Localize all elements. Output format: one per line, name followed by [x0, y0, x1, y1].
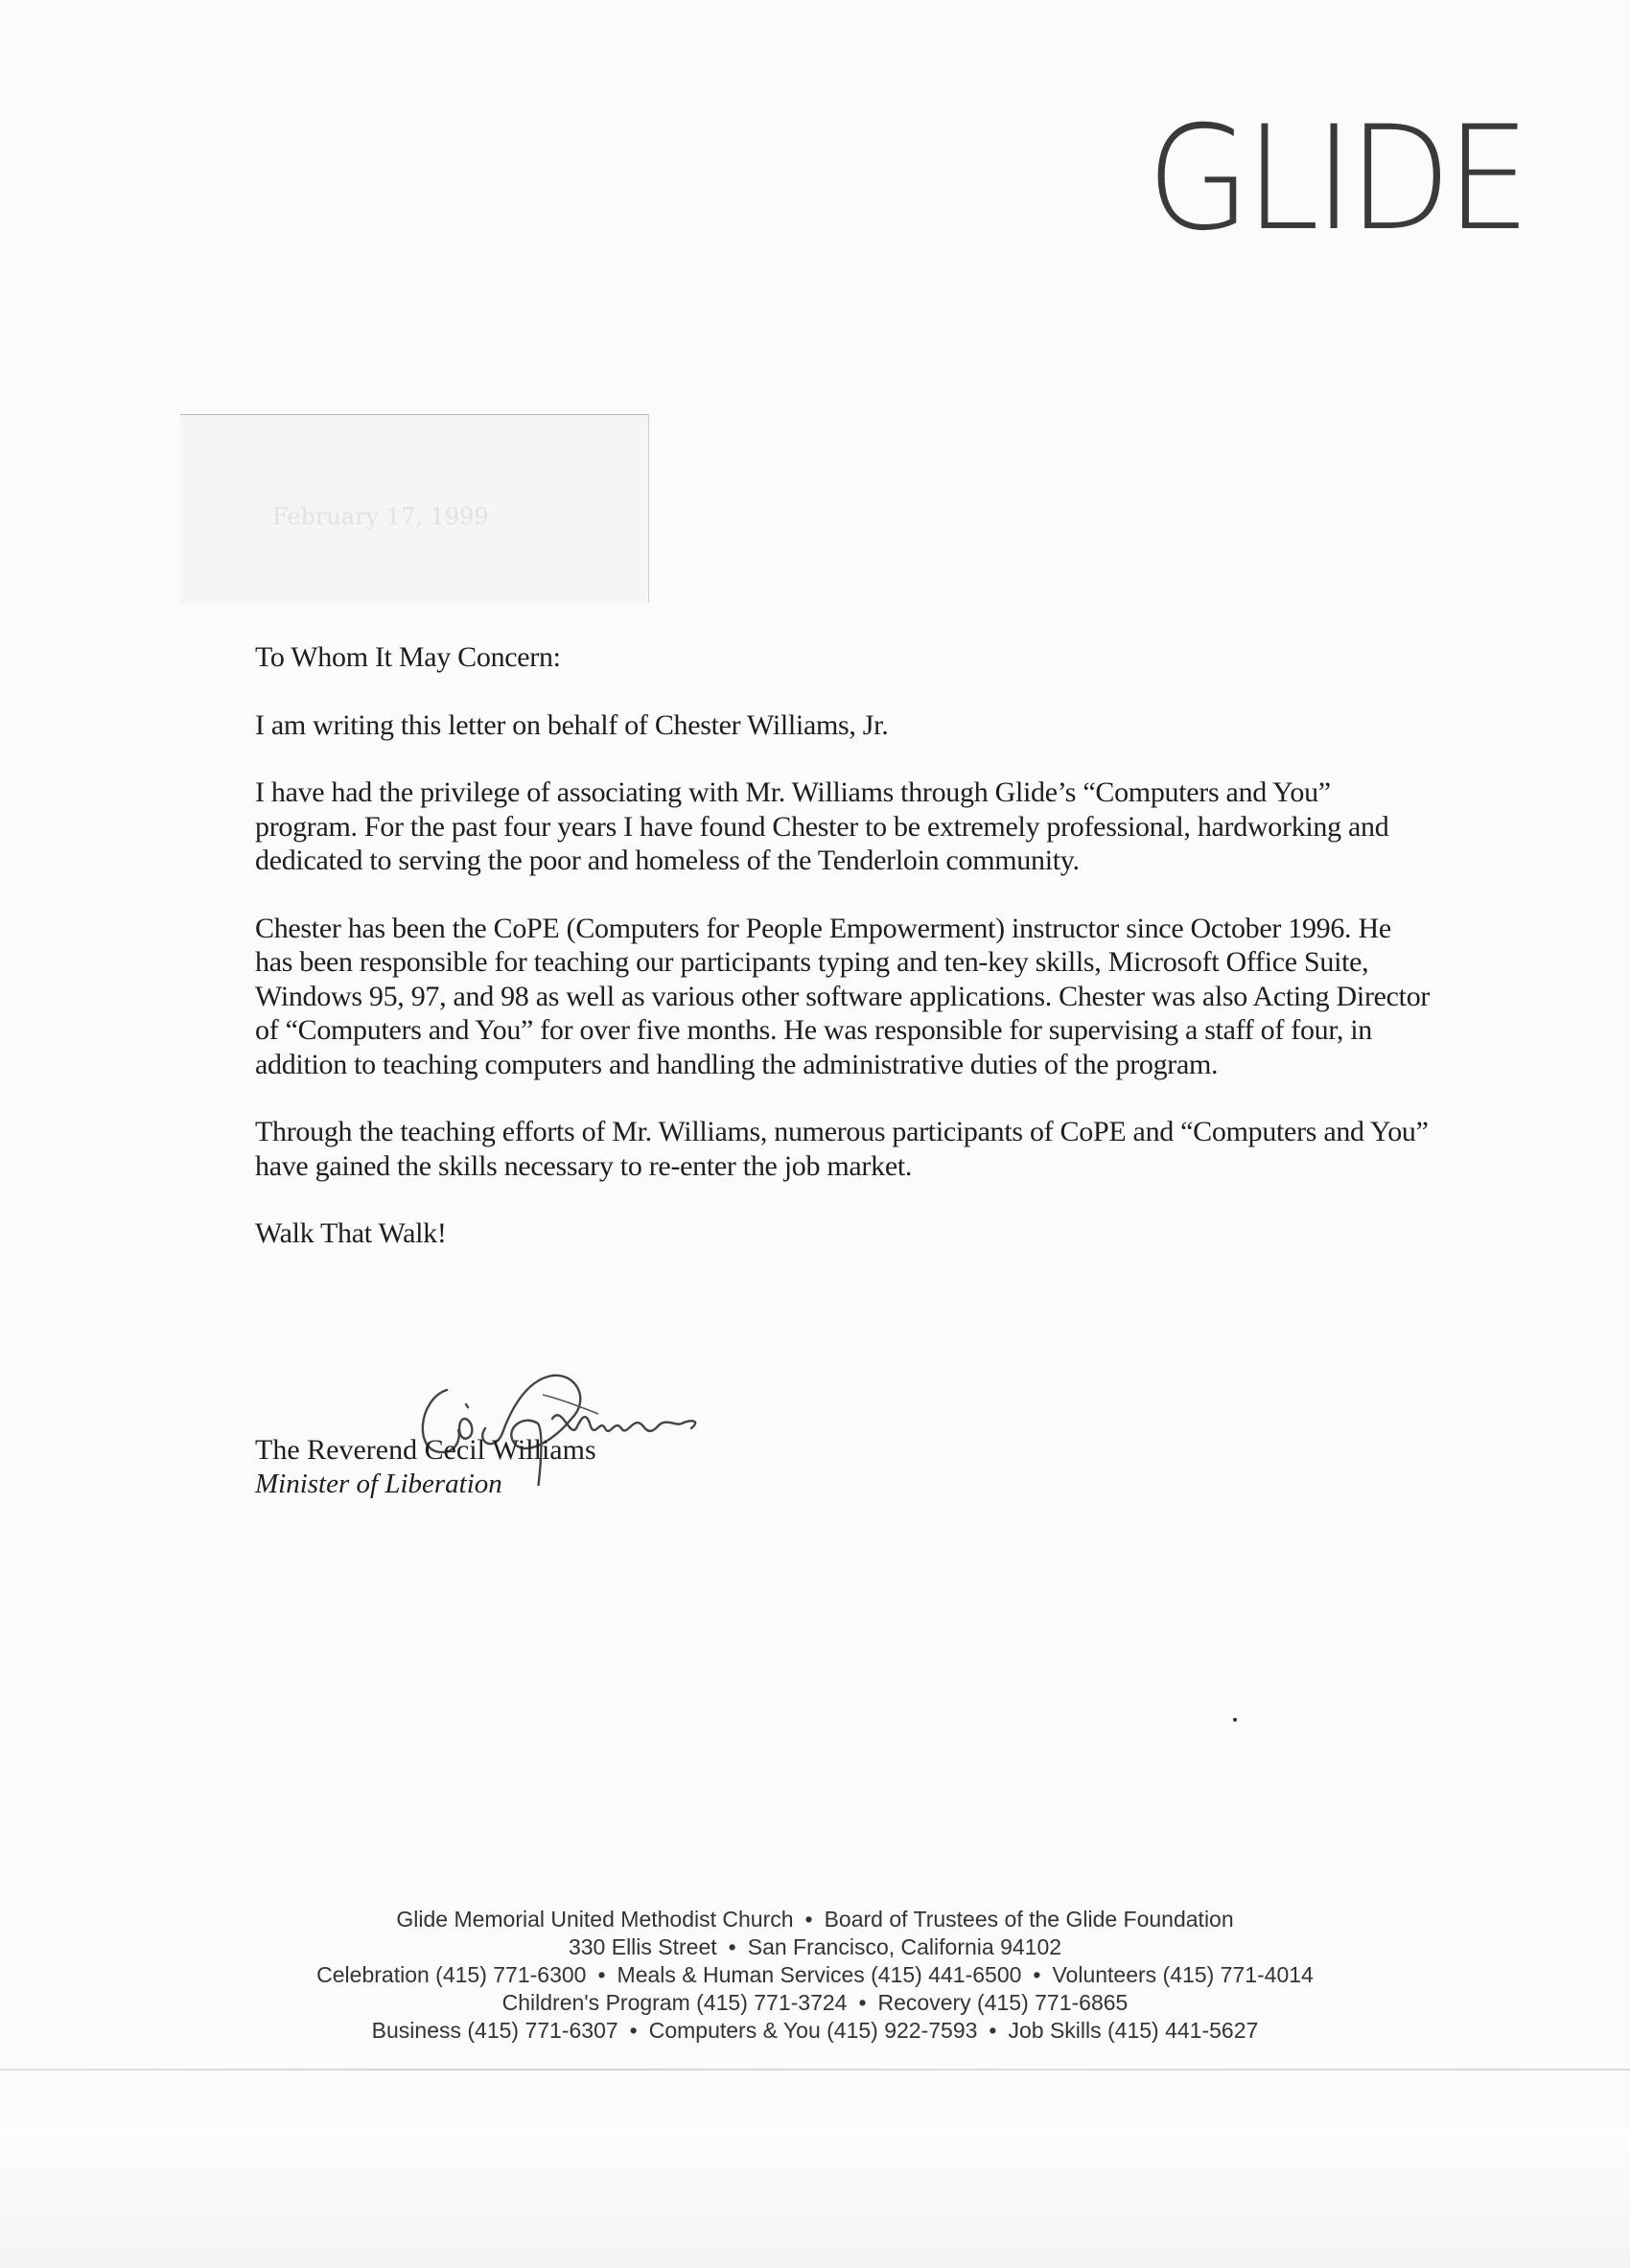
paragraph-outcomes: Through the teaching efforts of Mr. Will…: [255, 1115, 1434, 1183]
handwritten-signature-icon: [408, 1361, 715, 1486]
letter-body: To Whom It May Concern: I am writing thi…: [255, 640, 1434, 1284]
letter-page: GLIDE February 17, 1999 To Whom It May C…: [0, 0, 1630, 2130]
scanner-background: [0, 2130, 1630, 2268]
signature-block: The Reverend Cecil Williams Minister of …: [255, 1361, 754, 1515]
footer-line-address: 330 Ellis Street•San Francisco, Californ…: [0, 1933, 1630, 1961]
letterhead-footer: Glide Memorial United Methodist Church•B…: [0, 1906, 1630, 2045]
salutation: To Whom It May Concern:: [255, 640, 1434, 675]
footer-line-organization: Glide Memorial United Methodist Church•B…: [0, 1906, 1630, 1933]
letter-date: February 17, 1999: [272, 503, 489, 530]
footer-line-phones-3: Business (415) 771-6307•Computers & You …: [0, 2017, 1630, 2045]
paragraph-responsibilities: Chester has been the CoPE (Computers for…: [255, 912, 1434, 1082]
paragraph-intro: I am writing this letter on behalf of Ch…: [255, 708, 1434, 743]
paragraph-association: I have had the privilege of associating …: [255, 775, 1434, 878]
footer-line-phones-2: Children's Program (415) 771-3724•Recove…: [0, 1989, 1630, 2017]
closing: Walk That Walk!: [255, 1216, 1434, 1251]
date-patch: February 17, 1999: [180, 414, 649, 603]
paper-fold-line: [0, 2069, 1630, 2071]
footer-line-phones-1: Celebration (415) 771-6300•Meals & Human…: [0, 1961, 1630, 1989]
signer-name: The Reverend Cecil Williams: [255, 1434, 596, 1467]
signer-title: Minister of Liberation: [255, 1469, 502, 1500]
paper-speck: [1233, 1718, 1237, 1722]
glide-logo: GLIDE: [1147, 107, 1525, 251]
